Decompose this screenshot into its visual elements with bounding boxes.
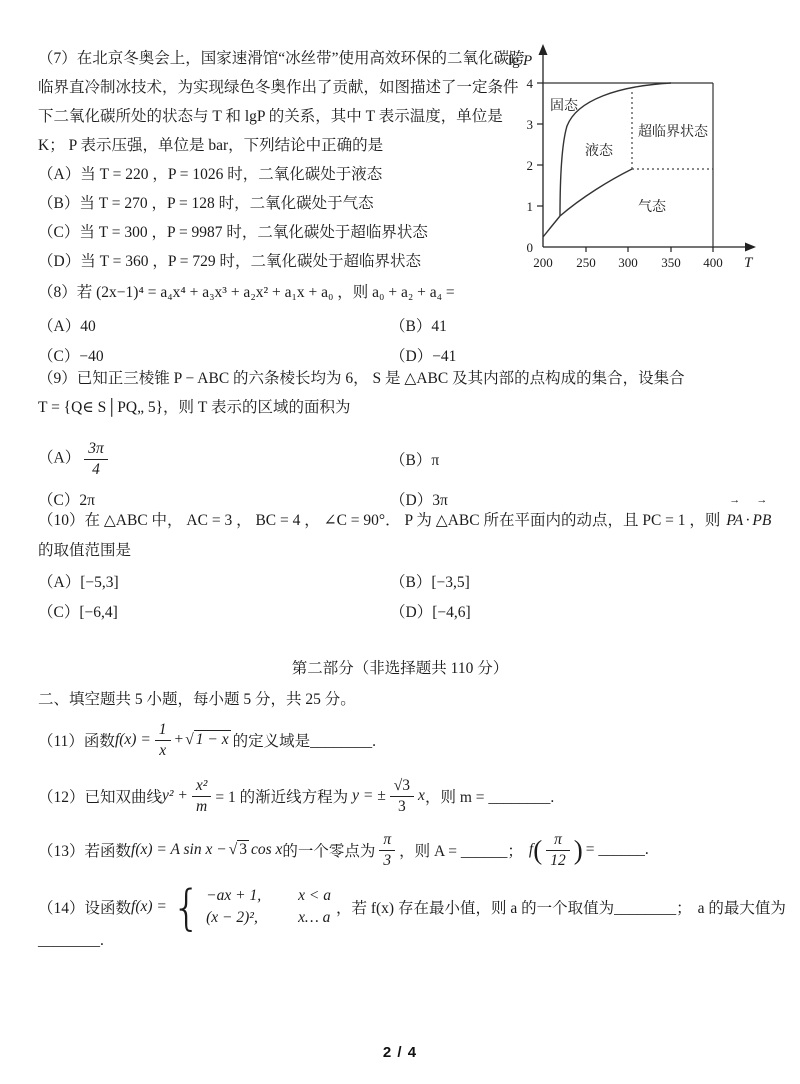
question-9: （9）已知正三棱锥 P − ABC 的六条棱长均为 6， S 是 △ABC 及其… bbox=[38, 364, 778, 516]
question-12: （12）已知双曲线 y² + x²m = 1 的渐近线方程为 y = ± √33… bbox=[38, 770, 554, 822]
y-axis-arrow-icon bbox=[539, 44, 548, 55]
left-paren: ( bbox=[533, 837, 542, 864]
q10-options-row-1: （A）[−5,3] （B）[−3,5] bbox=[38, 568, 783, 598]
fraction-denominator: 12 bbox=[546, 851, 570, 869]
q14-blank-line: ________. bbox=[38, 932, 104, 950]
q9-option-a-label: （A） bbox=[38, 450, 80, 467]
q9-option-b: （B）π bbox=[390, 448, 439, 470]
x-axis-label-T: T bbox=[744, 255, 754, 271]
q10-option-a: （A）[−5,3] bbox=[38, 568, 390, 598]
fraction-denominator: 4 bbox=[84, 460, 108, 478]
q11-text1: （11）函数 bbox=[38, 729, 115, 751]
radical-sign: √ bbox=[229, 841, 238, 858]
fraction-denominator: 3 bbox=[379, 851, 395, 869]
phase-diagram: lg P T 0 1 2 3 4 200 250 300 350 400 固态 … bbox=[500, 40, 785, 290]
radical-sign: √ bbox=[185, 731, 194, 748]
x-tick-label-400: 400 bbox=[703, 255, 723, 270]
x-tick-label-250: 250 bbox=[576, 255, 596, 270]
q7-line3: 下二氧化碳所处的状态与 T 和 lgP 的关系，其中 T 表示温度，单位是 bbox=[38, 102, 508, 131]
radicand: 3 bbox=[237, 840, 249, 858]
phase-diagram-svg: lg P T 0 1 2 3 4 200 250 300 350 400 固态 … bbox=[500, 40, 785, 290]
vector-PB: →PB bbox=[752, 506, 771, 536]
y-tick-label-2: 2 bbox=[527, 158, 534, 173]
q7-option-b: （B）当 T = 270 ，P = 128 时，二氧化碳处于气态 bbox=[38, 189, 508, 218]
q13-cosx: cos x bbox=[251, 841, 282, 859]
q7-option-c: （C）当 T = 300 ，P = 9987 时，二氧化碳处于超临界状态 bbox=[38, 218, 508, 247]
fraction-3pi-4: 3π4 bbox=[84, 440, 108, 478]
part2-subtitle: 二、填空题共 5 小题，每小题 5 分，共 25 分。 bbox=[38, 687, 356, 709]
y-axis-label-P: P bbox=[522, 53, 532, 69]
q7-option-d: （D）当 T = 360 ，P = 729 时，二氧化碳处于超临界状态 bbox=[38, 247, 508, 276]
q12-text1: （12）已知双曲线 bbox=[38, 785, 162, 807]
fraction-denominator: 3 bbox=[390, 797, 414, 815]
q13-text3: ，则 A = ______； bbox=[399, 839, 523, 861]
sqrt-1-minus-x: √1 − x bbox=[185, 731, 230, 749]
piecewise-function: { −ax + 1,x < a (x − 2)²,x… a bbox=[172, 884, 331, 930]
question-13: （13）若函数 f(x) = A sin x − √3 cos x 的一个零点为… bbox=[38, 824, 649, 876]
piece-expr-2: (x − 2)², bbox=[206, 907, 298, 929]
vector-PA-label: PA bbox=[726, 512, 743, 529]
page-number: 2 / 4 bbox=[0, 1044, 800, 1061]
radicand: 1 − x bbox=[194, 730, 231, 748]
q13-text1: （13）若函数 bbox=[38, 839, 131, 861]
fraction-denominator: x bbox=[155, 741, 171, 759]
q13-text4: = ______. bbox=[586, 841, 649, 859]
q8-option-a: （A）40 bbox=[38, 312, 390, 342]
question-8: （8）若 (2x−1)⁴ = a₄x⁴ + a₃x³ + a₂x² + a₁x … bbox=[38, 280, 778, 372]
q9-line2: T = {Q∈ S│PQ„ 5}，则 T 表示的区域的面积为 bbox=[38, 393, 778, 422]
dot-operator: · bbox=[745, 512, 750, 529]
fraction-denominator: m bbox=[192, 797, 212, 815]
y-tick-label-1: 1 bbox=[527, 199, 534, 214]
q12-mid: = 1 的渐近线方程为 bbox=[215, 785, 348, 807]
q14-text1: （14）设函数 bbox=[38, 896, 131, 918]
q10-line2: 的取值范围是 bbox=[38, 536, 783, 566]
fraction-numerator: x² bbox=[192, 777, 212, 796]
fraction-sqrt3-3: √33 bbox=[390, 777, 414, 815]
q12-xvar: x bbox=[418, 787, 425, 805]
q9-line1: （9）已知正三棱锥 P − ABC 的六条棱长均为 6， S 是 △ABC 及其… bbox=[38, 364, 778, 393]
question-11: （11）函数 f(x) = 1x + √1 − x 的定义域是________. bbox=[38, 716, 376, 764]
q8-option-b: （B）41 bbox=[390, 312, 447, 342]
x-tick-label-200: 200 bbox=[533, 255, 553, 270]
q7-line4: K； P 表示压强，单位是 bar，下列结论中正确的是 bbox=[38, 131, 508, 160]
sqrt-3: √3 bbox=[229, 841, 249, 859]
fraction-numerator: √3 bbox=[390, 777, 414, 796]
fraction-x2-m: x²m bbox=[192, 777, 212, 815]
q13-fx: f(x) = A sin x − bbox=[131, 841, 227, 859]
fraction-pi-3: π3 bbox=[379, 831, 395, 869]
q10-option-d: （D）[−4,6] bbox=[390, 598, 471, 628]
q10-options-row-2: （C）[−6,4] （D）[−4,6] bbox=[38, 598, 783, 628]
q14-text2: ，若 f(x) 存在最小值，则 a 的一个取值为________； bbox=[336, 896, 692, 918]
region-label-supercritical: 超临界状态 bbox=[638, 123, 709, 140]
piecewise-row-2: (x − 2)²,x… a bbox=[206, 907, 331, 929]
question-14: （14）设函数 f(x) = { −ax + 1,x < a (x − 2)²,… bbox=[38, 878, 786, 936]
q14-fx: f(x) = bbox=[131, 898, 167, 916]
part2-title: 第二部分（非选择题共 110 分） bbox=[0, 656, 800, 678]
right-paren: ) bbox=[574, 837, 583, 864]
region-label-gas: 气态 bbox=[638, 199, 667, 215]
fraction-numerator: 3π bbox=[84, 440, 108, 459]
q9-option-a: （A）3π4 bbox=[38, 440, 390, 478]
plus-sign: + bbox=[175, 731, 184, 749]
x-tick-label-300: 300 bbox=[618, 255, 638, 270]
q7-option-a: （A）当 T = 220 ，P = 1026 时，二氧化碳处于液态 bbox=[38, 160, 508, 189]
y-tick-label-0: 0 bbox=[527, 240, 534, 255]
q9-options-row-1: （A）3π4 （B）π bbox=[38, 432, 778, 486]
q12-text2: ，则 m = ________. bbox=[425, 785, 554, 807]
y-tick-label-3: 3 bbox=[527, 117, 534, 132]
fraction-numerator: π bbox=[546, 831, 570, 850]
region-label-solid: 固态 bbox=[550, 98, 579, 114]
q11-text2: 的定义域是________. bbox=[233, 729, 376, 751]
vector-arrow-icon: → bbox=[726, 495, 743, 506]
fraction-pi-12: π12 bbox=[546, 831, 570, 869]
piece-cond-1: x < a bbox=[298, 885, 331, 907]
piece-expr-1: −ax + 1, bbox=[206, 885, 298, 907]
question-10: （10）在 △ABC 中， AC = 3 ， BC = 4 ， ∠C = 90°… bbox=[38, 506, 783, 628]
piece-cond-2: x… a bbox=[298, 907, 330, 929]
q12-yeq: y = ± bbox=[352, 787, 386, 805]
vector-PB-label: PB bbox=[752, 512, 771, 529]
q11-fx: f(x) = bbox=[115, 731, 151, 749]
vector-PA: →PA bbox=[726, 506, 743, 536]
q8-stem: （8）若 (2x−1)⁴ = a₄x⁴ + a₃x³ + a₂x² + a₁x … bbox=[38, 280, 778, 306]
q10-option-b: （B）[−3,5] bbox=[390, 568, 470, 598]
q14-text3: a 的最大值为 bbox=[698, 896, 786, 918]
q7-line1: （7）在北京冬奥会上，国家速滑馆“冰丝带”使用高效环保的二氧化碳跨 bbox=[38, 44, 508, 73]
sublimation-curve bbox=[543, 216, 560, 237]
vector-arrow-icon: → bbox=[752, 495, 771, 506]
q10-option-c: （C）[−6,4] bbox=[38, 598, 390, 628]
left-brace: { bbox=[172, 883, 201, 931]
y-tick-label-4: 4 bbox=[527, 76, 534, 91]
x-axis-arrow-icon bbox=[745, 243, 756, 252]
piecewise-rows: −ax + 1,x < a (x − 2)²,x… a bbox=[206, 885, 331, 930]
region-label-liquid: 液态 bbox=[585, 142, 614, 159]
x-tick-label-350: 350 bbox=[661, 255, 681, 270]
q8-options-row-1: （A）40 （B）41 bbox=[38, 312, 778, 342]
piecewise-row-1: −ax + 1,x < a bbox=[206, 885, 331, 907]
q13-text2: 的一个零点为 bbox=[282, 839, 375, 861]
q10-stem-text: （10）在 △ABC 中， AC = 3 ， BC = 4 ， ∠C = 90°… bbox=[38, 512, 720, 529]
q7-line2: 临界直冷制冰技术，为实现绿色冬奥作出了贡献，如图描述了一定条件 bbox=[38, 73, 508, 102]
q10-stem: （10）在 △ABC 中， AC = 3 ， BC = 4 ， ∠C = 90°… bbox=[38, 506, 783, 536]
vaporization-curve bbox=[560, 169, 632, 216]
question-7: （7）在北京冬奥会上，国家速滑馆“冰丝带”使用高效环保的二氧化碳跨 临界直冷制冰… bbox=[38, 44, 508, 276]
q12-lhs: y² + bbox=[162, 787, 188, 805]
y-axis-label-lg: lg bbox=[508, 53, 520, 69]
fraction-numerator: π bbox=[379, 831, 395, 850]
fraction-numerator: 1 bbox=[155, 721, 171, 740]
fraction-1-x: 1x bbox=[155, 721, 171, 759]
